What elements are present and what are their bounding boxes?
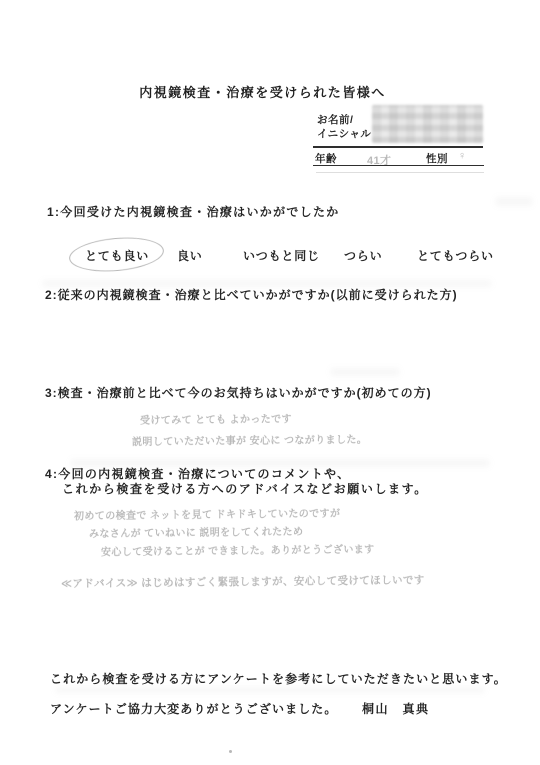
q1-option-totemo-tsurai: とてもつらい xyxy=(417,247,494,264)
scan-smudge xyxy=(330,368,400,376)
question-4-text-line2: これから検査を受ける方へのアドバイスなどお願いします。 xyxy=(62,480,428,497)
footer-line-2: アンケートご協力大変ありがとうございました。 xyxy=(50,700,337,717)
info-box-rule-bottom xyxy=(313,165,484,167)
page-title: 内視鏡検査・治療を受けられた皆様へ xyxy=(0,82,525,101)
footer-line-1: これから検査を受ける方にアンケートを参考にしていただきたいと思います。 xyxy=(50,670,507,687)
redacted-name-block xyxy=(372,105,483,143)
info-box-rule-shadow xyxy=(316,172,484,173)
gender-handwritten-value: ♀ xyxy=(458,150,467,162)
q3-handwritten-line-2: 説明していただいた事が 安心に つながりました。 xyxy=(132,431,367,448)
name-label-line2: イニシャル xyxy=(317,126,371,141)
signature-name: 桐山 真典 xyxy=(362,700,430,717)
q4-handwritten-line-3: 安心して受けることが できました。ありがとうございます xyxy=(101,541,375,559)
scan-smudge xyxy=(495,197,533,206)
q3-handwritten-line-1: 受けてみて とても よかったです xyxy=(140,410,292,427)
question-3-text: 3:検査・治療前と比べて今のお気持ちはいかがですか(初めての方) xyxy=(45,384,432,401)
scan-smudge xyxy=(55,687,485,693)
name-label-line1: お名前/ xyxy=(317,112,353,127)
scan-dot xyxy=(229,750,232,753)
scan-smudge xyxy=(70,459,490,467)
scanned-questionnaire-page: 内視鏡検査・治療を受けられた皆様へ お名前/ イニシャル 年齢 41才 性別 ♀… xyxy=(0,0,540,765)
question-2-text: 2:従来の内視鏡検査・治療と比べていかがですか(以前に受けられた方) xyxy=(45,286,458,303)
q1-option-itsumo-to-onaji: いつもと同じ xyxy=(243,247,320,264)
q1-option-totemo-yoi: とても良い xyxy=(85,247,149,264)
q4-handwritten-advice-line: ≪アドバイス≫ はじめはすごく緊張しますが、安心して受けてほしいです xyxy=(61,572,425,591)
q4-handwritten-line-2: みなさんが ていねいに 説明をしてくれたため xyxy=(89,523,304,540)
q1-option-tsurai: つらい xyxy=(344,247,382,264)
scan-smudge xyxy=(42,280,492,287)
question-1-text: 1:今回受けた内視鏡検査・治療はいかがでしたか xyxy=(47,203,340,220)
info-box-rule-top xyxy=(313,146,483,148)
q4-handwritten-line-1: 初めての検査で ネットを見て ドキドキしていたのですが xyxy=(74,505,341,523)
q1-option-yoi: 良い xyxy=(177,247,203,264)
